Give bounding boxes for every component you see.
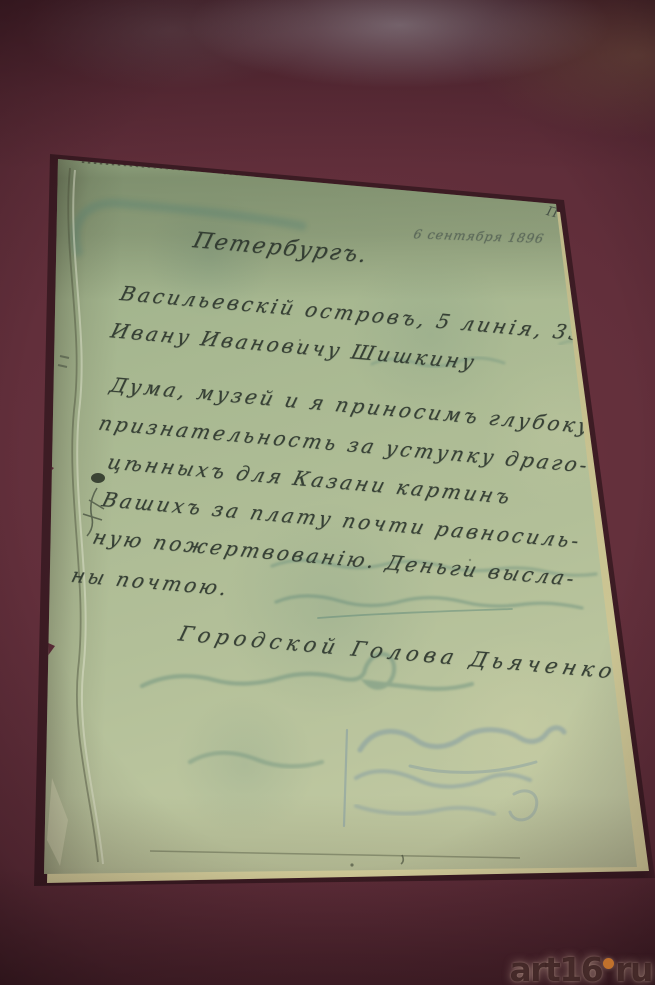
watermark-dot <box>603 958 614 969</box>
letter-city-header: Петербургъ. <box>190 228 371 268</box>
letter-date: 6 сентября 1896 <box>412 226 546 245</box>
photo-frame: П 59 6 сентября 1896 Петербургъ. Василье… <box>0 0 655 985</box>
body-line: ны почтою. <box>69 563 233 600</box>
signature-line: Городской Голова Дьяченко <box>176 622 620 684</box>
watermark: art16ru <box>509 950 652 985</box>
watermark-site-text: art16 <box>509 950 602 985</box>
watermark-tld-text: ru <box>615 950 652 985</box>
letter-content: П 59 6 сентября 1896 Петербургъ. Василье… <box>0 159 626 931</box>
